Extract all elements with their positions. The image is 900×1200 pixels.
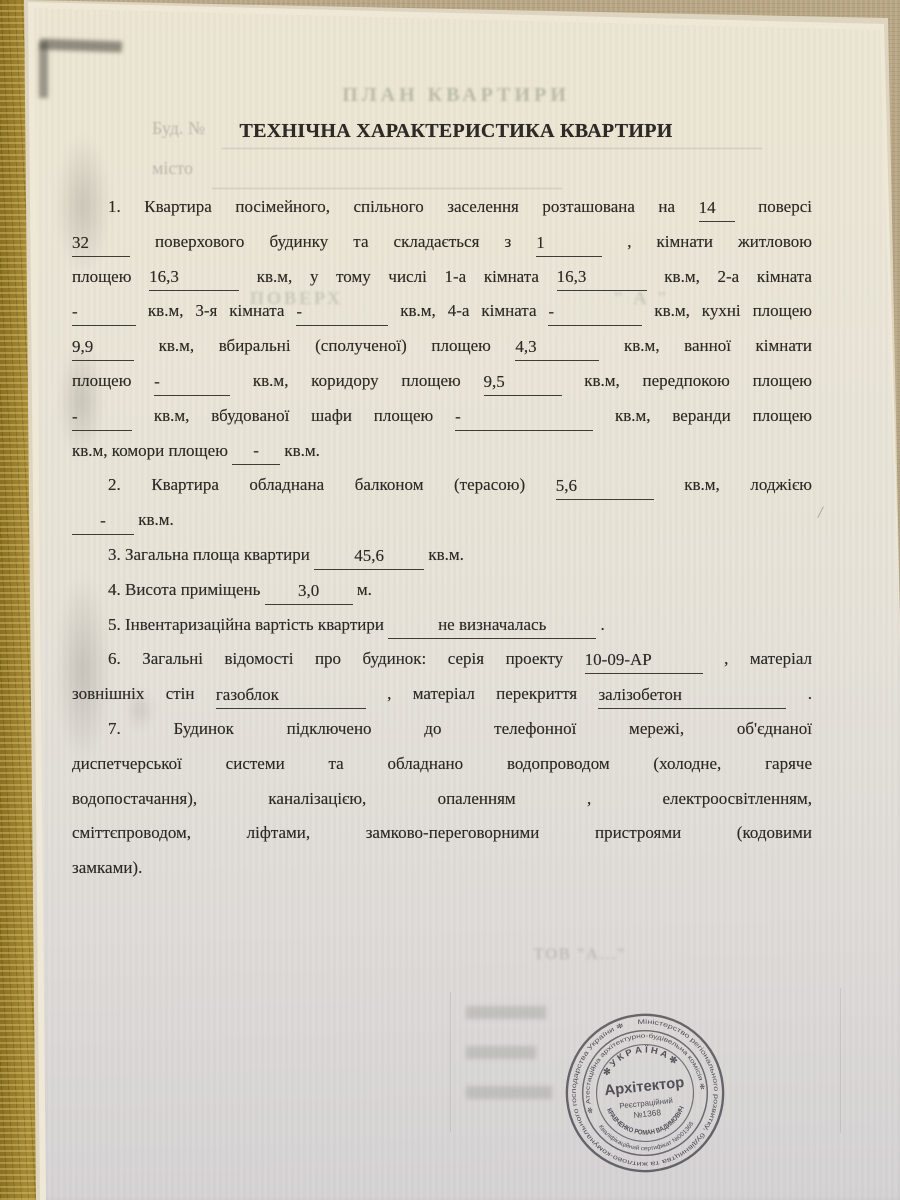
filled-blank: 1 [536,232,602,257]
filled-blank: - [455,406,593,431]
text-run: кв.м. [280,441,320,460]
body-lines: 1. Квартира посімейного, спільного засел… [72,190,818,886]
text-run: кв.м, ванної кімнати [599,336,812,355]
text-run: 3. Загальна площа квартири [108,545,314,564]
filled-blank: - [232,440,280,465]
filled-blank: 45,6 [314,545,424,570]
text-run: 1. Квартира посімейного, спільного засел… [108,197,699,216]
filled-blank: 14 [699,197,735,222]
filled-blank: 16,3 [557,266,647,291]
filled-blank: не визначалась [388,614,596,639]
text-line: - кв.м, вбудованої шафи площею - кв.м, в… [72,399,812,434]
text-run: 4. Висота приміщень [108,580,265,599]
text-run: , кімнати житловою [602,232,812,251]
text-line: - кв.м, 3-я кімната - кв.м, 4-а кімната … [72,294,812,329]
text-line: 2. Квартира обладнана балконом (терасою)… [72,468,812,503]
filled-blank: 5,6 [556,475,654,500]
text-line: 4. Висота приміщень 3,0 м. [72,573,812,608]
text-run: площею [72,267,149,286]
text-line: площею 16,3 кв.м, у тому числі 1-а кімна… [72,260,812,295]
filled-blank: 9,5 [484,371,562,396]
bleedthrough-table-cell [466,1046,536,1059]
architect-seal-stamp: Міністерство регіонального розвитку, буд… [547,995,743,1191]
text-run: кв.м, коридору площею [230,371,483,390]
text-run: кв.м, вбудованої шафи площею [132,406,455,425]
document-title: ТЕХНІЧНА ХАРАКТЕРИСТИКА КВАРТИРИ [100,120,812,143]
bleedthrough-table-cell [466,1086,552,1099]
bleedthrough-table-line [840,988,841,1133]
text-run: зовнішніх стін [72,684,216,703]
filled-blank: 4,3 [515,336,599,361]
filled-blank: газоблок [216,684,366,709]
text-line: диспетчерської системи та обладнано водо… [72,747,812,782]
text-run: замками). [72,858,142,877]
text-run: поверхового будинку та складається з [130,232,536,251]
filled-blank: - [72,406,132,431]
filled-blank: залізобетон [598,684,786,709]
text-run: кв.м, у тому числі 1-а кімната [239,267,557,286]
text-run: кв.м, комори площею [72,441,232,460]
text-run: сміттєпроводом, ліфтами, замково-перегов… [72,823,812,842]
text-line: - кв.м. [72,503,812,538]
filled-blank: - [72,510,134,535]
filled-blank: 10-09-АР [585,649,703,674]
filled-blank: - [548,301,642,326]
text-line: замками). [72,851,812,886]
text-run: 6. Загальні відомості про будинок: серія… [108,649,585,668]
filled-blank: 9,9 [72,336,134,361]
stamp-registration-number: №1368 [633,1107,662,1120]
text-line: 9,9 кв.м, вбиральні (сполученої) площею … [72,329,812,364]
filled-blank: 32 [72,232,130,257]
filled-blank: - [72,301,136,326]
stamp-center-title: Архітектор [604,1075,685,1099]
text-line: площею - кв.м, коридору площею 9,5 кв.м,… [72,364,812,399]
text-run: кв.м, лоджією [654,475,812,494]
document-photo: ПЛАН КВАРТИРИ Буд. № місто ПОВЕРХ " А " … [0,0,900,1200]
bleedthrough-table-line [450,992,451,1132]
bleedthrough-rule [212,188,562,189]
text-line: сміттєпроводом, ліфтами, замково-перегов… [72,816,812,851]
text-line: 5. Інвентаризаційна вартість квартири не… [72,608,812,643]
filled-blank: 16,3 [149,266,239,291]
filled-blank: 3,0 [265,580,353,605]
text-run: кв.м, 4-а кімната [388,301,548,320]
text-line: 32 поверхового будинку та складається з … [72,225,812,260]
text-line: кв.м, комори площею - кв.м. [72,434,812,469]
text-run: кв.м, кухні площею [642,301,812,320]
text-run: м. [353,580,372,599]
text-run: . [596,615,605,634]
bleedthrough-rule [222,148,762,149]
text-line: 3. Загальна площа квартири 45,6 кв.м. [72,538,812,573]
text-line: 1. Квартира посімейного, спільного засел… [72,190,812,225]
text-run: кв.м, 2-а кімната [647,267,812,286]
text-run: кв.м, передпокою площею [562,371,812,390]
text-run: кв.м, 3-я кімната [136,301,296,320]
text-line: 7. Будинок підключено до телефонної мере… [72,712,812,747]
text-run: . [786,684,812,703]
text-run: , матеріал [703,649,812,668]
text-run: диспетчерської системи та обладнано водо… [72,754,812,773]
filled-blank: - [296,301,388,326]
text-run: водопостачання), каналізацією, опаленням… [72,789,812,808]
text-line: 6. Загальні відомості про будинок: серія… [72,642,812,677]
text-line: зовнішніх стін газоблок , матеріал перек… [72,677,812,712]
filled-blank: - [154,371,230,396]
bleedthrough-table-cell [466,1006,546,1019]
text-run: 7. Будинок підключено до телефонної мере… [108,719,812,738]
text-run: кв.м, вбиральні (сполученої) площею [134,336,515,355]
text-run: , матеріал перекриття [366,684,599,703]
text-run: 2. Квартира обладнана балконом (терасою) [108,475,556,494]
text-run: кв.м. [134,510,174,529]
text-run: кв.м, веранди площею [593,406,812,425]
text-line: водопостачання), каналізацією, опаленням… [72,782,812,817]
text-run: поверсі [735,197,812,216]
text-run: 5. Інвентаризаційна вартість квартири [108,615,388,634]
text-run: площею [72,371,154,390]
text-run: кв.м. [424,545,464,564]
